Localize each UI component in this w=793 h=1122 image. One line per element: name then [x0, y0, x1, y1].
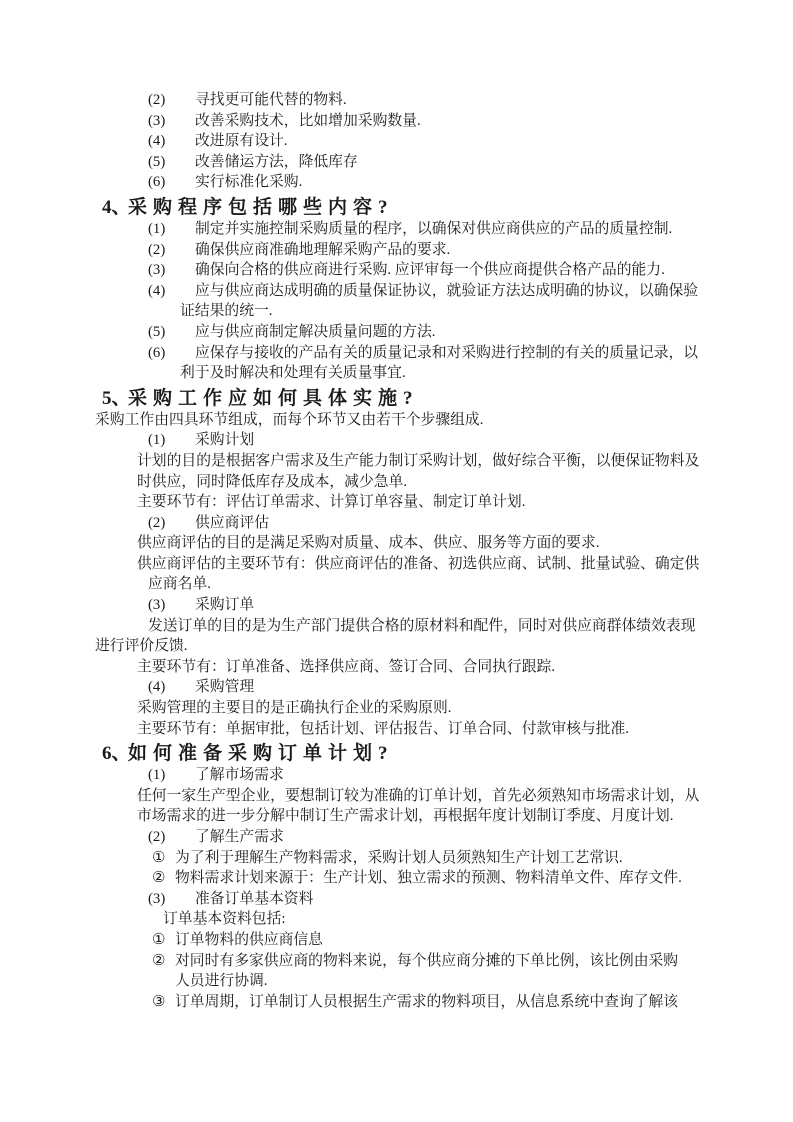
numbered-list-item: (3)确保向合格的供应商进行采购. 应评审每一个供应商提供合格产品的能力.	[95, 260, 703, 281]
item-number-label: (2)	[148, 513, 195, 534]
item-number-label: (1)	[148, 430, 195, 451]
paragraph-text: 主要环节有：订单准备、选择供应商、签订合同、合同执行跟踪.	[137, 659, 555, 675]
numbered-list-item: (2)寻找更可能代替的物料.	[95, 90, 703, 111]
numbered-list-item: (5)应与供应商制定解决质量问题的方法.	[95, 322, 703, 343]
paragraph-text: 计划的目的是根据客户需求及生产能力制订采购计划，做好综合平衡，以便保证物料及 时…	[137, 453, 699, 490]
paragraph: 订单基本资料包括:	[163, 909, 703, 930]
circled-number-label: ①	[152, 930, 175, 951]
item-text: 应保存与接收的产品有关的质量记录和对采购进行控制的有关的质量记录，以 利于及时解…	[180, 345, 698, 382]
item-number-label: (6)	[148, 343, 195, 364]
item-number-label: (2)	[148, 827, 195, 848]
paragraph: 采购工作由四具环节组成，而每个环节又由若干个步骤组成.	[95, 410, 703, 431]
numbered-list-item: (4)改进原有设计.	[95, 131, 703, 152]
item-text: 了解生产需求	[195, 829, 284, 845]
paragraph: 发送订单的目的是为生产部门提供合格的原材料和配件，同时对供应商群体绩效表现 进行…	[95, 616, 703, 657]
question-title: 采购工作应如何具体实施?	[128, 388, 419, 409]
circled-number-label: ②	[152, 868, 175, 889]
circled-list-item: ①为了利于理解生产物料需求，采购计划人员须熟知生产计划工艺常识.	[95, 848, 703, 869]
paragraph-text: 订单基本资料包括:	[163, 911, 286, 927]
paragraph-text: 发送订单的目的是为生产部门提供合格的原材料和配件，同时对供应商群体绩效表现 进行…	[95, 618, 696, 655]
paragraph: 主要环节有：订单准备、选择供应商、签订合同、合同执行跟踪.	[137, 657, 703, 678]
item-number-label: (3)	[148, 111, 195, 132]
paragraph: 供应商评估的主要环节有：供应商评估的准备、初选供应商、试制、批量试验、确定供 应…	[95, 554, 703, 595]
numbered-list-item: (2)供应商评估	[95, 513, 703, 534]
circled-list-item: ③订单周期，订单制订人员根据生产需求的物料项目，从信息系统中查询了解该	[95, 992, 703, 1013]
item-text: 应与供应商达成明确的质量保证协议，就验证方法达成明确的协议，以确保验 证结果的统…	[180, 283, 698, 320]
item-text: 确保向合格的供应商进行采购. 应评审每一个供应商提供合格产品的能力.	[195, 262, 665, 278]
paragraph-text: 采购工作由四具环节组成，而每个环节又由若干个步骤组成.	[95, 412, 483, 428]
item-text: 采购订单	[195, 597, 254, 613]
item-number-label: (2)	[148, 90, 195, 111]
paragraph: 供应商评估的目的是满足采购对质量、成本、供应、服务等方面的要求.	[137, 533, 703, 554]
numbered-list-item: (6)应保存与接收的产品有关的质量记录和对采购进行控制的有关的质量记录，以 利于…	[95, 343, 703, 384]
question-title: 采购程序包括哪些内容?	[128, 197, 394, 218]
paragraph: 主要环节有：评估订单需求、计算订单容量、制定订单计划.	[137, 492, 703, 513]
numbered-list-item: (3)采购订单	[95, 595, 703, 616]
circled-list-item: ①订单物料的供应商信息	[95, 930, 703, 951]
question-number: 4、	[102, 196, 128, 219]
item-number-label: (1)	[148, 765, 195, 786]
numbered-list-item: (1)制定并实施控制采购质量的程序，以确保对供应商供应的产品的质量控制.	[95, 219, 703, 240]
item-text: 改进原有设计.	[195, 133, 287, 149]
item-text: 物料需求计划来源于：生产计划、独立需求的预测、物料清单文件、库存文件.	[175, 870, 682, 886]
circled-number-label: ②	[152, 951, 175, 972]
item-text: 确保供应商准确地理解采购产品的要求.	[195, 242, 450, 258]
paragraph-text: 主要环节有：单据审批，包括计划、评估报告、订单合同、付款审核与批准.	[137, 721, 629, 737]
question-heading: 5、采购工作应如何具体实施?	[102, 387, 703, 410]
item-text: 改善储运方法，降低库存	[195, 154, 358, 170]
item-text: 寻找更可能代替的物料.	[195, 92, 347, 108]
item-number-label: (2)	[148, 240, 195, 261]
item-number-label: (5)	[148, 322, 195, 343]
numbered-list-item: (5)改善储运方法，降低库存	[95, 152, 703, 173]
item-text: 制定并实施控制采购质量的程序，以确保对供应商供应的产品的质量控制.	[195, 221, 672, 237]
numbered-list-item: (6)实行标准化采购.	[95, 172, 703, 193]
numbered-list-item: (3)准备订单基本资料	[95, 889, 703, 910]
paragraph-text: 供应商评估的主要环节有：供应商评估的准备、初选供应商、试制、批量试验、确定供 应…	[137, 556, 699, 593]
numbered-list-item: (4)应与供应商达成明确的质量保证协议，就验证方法达成明确的协议，以确保验 证结…	[95, 281, 703, 322]
numbered-list-item: (2)确保供应商准确地理解采购产品的要求.	[95, 240, 703, 261]
item-number-label: (4)	[148, 131, 195, 152]
item-number-label: (4)	[148, 281, 195, 302]
paragraph-text: 主要环节有：评估订单需求、计算订单容量、制定订单计划.	[137, 494, 525, 510]
paragraph-text: 采购管理的主要目的是正确执行企业的采购原则.	[137, 700, 451, 716]
item-number-label: (3)	[148, 595, 195, 616]
numbered-list-item: (1)了解市场需求	[95, 765, 703, 786]
paragraph: 任何一家生产型企业，要想制订较为准确的订单计划，首先必须熟知市场需求计划，从 市…	[137, 786, 703, 827]
item-text: 实行标准化采购.	[195, 174, 302, 190]
document-page: (2)寻找更可能代替的物料. (3)改善采购技术，比如增加采购数量. (4)改进…	[0, 0, 793, 1122]
question-number: 6、	[102, 742, 128, 765]
item-number-label: (3)	[148, 260, 195, 281]
paragraph-text: 供应商评估的目的是满足采购对质量、成本、供应、服务等方面的要求.	[137, 535, 599, 551]
circled-number-label: ①	[152, 848, 175, 869]
item-text: 应与供应商制定解决质量问题的方法.	[195, 324, 435, 340]
numbered-list-item: (4)采购管理	[95, 677, 703, 698]
item-text: 了解市场需求	[195, 767, 284, 783]
circled-list-item: ②物料需求计划来源于：生产计划、独立需求的预测、物料清单文件、库存文件.	[95, 868, 703, 889]
item-text: 采购管理	[195, 679, 254, 695]
question-number: 5、	[102, 387, 128, 410]
item-text: 改善采购技术，比如增加采购数量.	[195, 113, 421, 129]
item-text: 订单物料的供应商信息	[175, 932, 323, 948]
numbered-list-item: (1)采购计划	[95, 430, 703, 451]
paragraph: 采购管理的主要目的是正确执行企业的采购原则.	[137, 698, 703, 719]
item-number-label: (4)	[148, 677, 195, 698]
circled-number-label: ③	[152, 992, 175, 1013]
item-number-label: (6)	[148, 172, 195, 193]
item-text: 准备订单基本资料	[195, 891, 313, 907]
item-number-label: (3)	[148, 889, 195, 910]
numbered-list-item: (3)改善采购技术，比如增加采购数量.	[95, 111, 703, 132]
item-text: 采购计划	[195, 432, 254, 448]
circled-list-item: ②对同时有多家供应商的物料来说，每个供应商分摊的下单比例，该比例由采购 人员进行…	[95, 951, 703, 992]
item-text: 订单周期，订单制订人员根据生产需求的物料项目，从信息系统中查询了解该	[175, 994, 678, 1010]
item-text: 为了利于理解生产物料需求，采购计划人员须熟知生产计划工艺常识.	[175, 850, 623, 866]
item-text: 对同时有多家供应商的物料来说，每个供应商分摊的下单比例，该比例由采购 人员进行协…	[175, 953, 678, 990]
item-number-label: (5)	[148, 152, 195, 173]
paragraph-text: 任何一家生产型企业，要想制订较为准确的订单计划，首先必须熟知市场需求计划，从 市…	[137, 788, 699, 825]
item-text: 供应商评估	[195, 515, 269, 531]
paragraph: 计划的目的是根据客户需求及生产能力制订采购计划，做好综合平衡，以便保证物料及 时…	[137, 451, 703, 492]
item-number-label: (1)	[148, 219, 195, 240]
question-heading: 6、如何准备采购订单计划?	[102, 742, 703, 765]
paragraph: 主要环节有：单据审批，包括计划、评估报告、订单合同、付款审核与批准.	[137, 719, 703, 740]
question-title: 如何准备采购订单计划?	[128, 743, 394, 764]
question-heading: 4、采购程序包括哪些内容?	[102, 196, 703, 219]
numbered-list-item: (2)了解生产需求	[95, 827, 703, 848]
